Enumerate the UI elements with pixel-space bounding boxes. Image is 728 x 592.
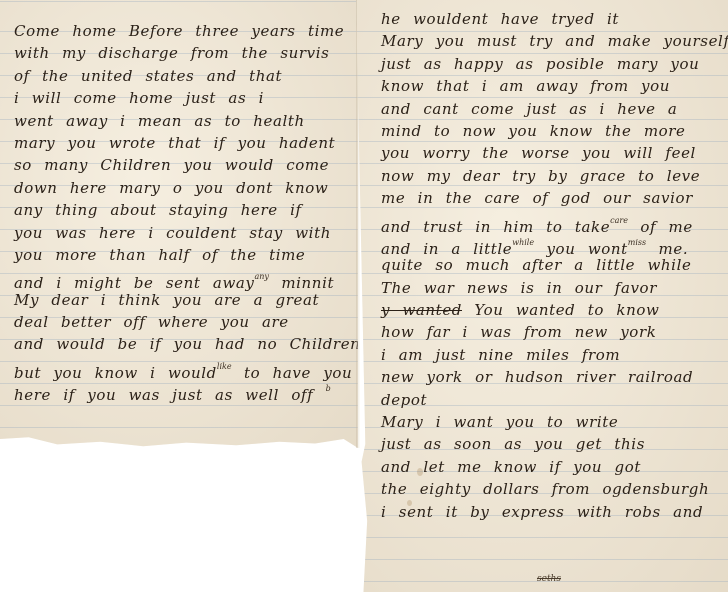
handwritten-line: y wanted You wanted to know — [381, 299, 728, 321]
handwritten-line: you worry the worse you will feel — [381, 142, 728, 164]
struck-text: y wanted — [381, 301, 462, 319]
handwritten-line: quite so much after a little while — [381, 254, 728, 276]
inserted-word: like — [217, 362, 232, 371]
handwritten-line: how far i was from new york — [381, 321, 728, 343]
handwritten-line: i will come home just as i — [14, 87, 360, 109]
ink-stain — [60, 448, 65, 453]
handwritten-line: with my discharge from the survis — [14, 42, 360, 64]
handwritten-line: depot — [381, 389, 728, 411]
handwritten-line: the eighty dollars from ogdensburgh — [381, 478, 728, 500]
handwritten-line: me in the care of god our savior — [381, 187, 728, 209]
handwritten-line: you was here i couldent stay with — [14, 222, 360, 244]
handwritten-line: My dear i think you are a great — [14, 289, 360, 311]
inserted-word: care — [610, 216, 628, 225]
letter-page-right: he wouldent have tryed it Mary you must … — [356, 0, 728, 592]
torn-fragment-mark: b — [326, 384, 331, 393]
line-text: You wanted to know — [474, 301, 659, 319]
handwritten-line: but you know i wouldlike to have you — [14, 356, 360, 378]
ink-stain — [407, 500, 412, 506]
handwritten-line: down here mary o you dont know — [14, 177, 360, 199]
handwritten-line: deal better off where you are — [14, 311, 360, 333]
handwritten-line: just as happy as posible mary you — [381, 53, 728, 75]
letter-page-left: Come home Before three years time with m… — [0, 0, 358, 448]
right-page-text: he wouldent have tryed it Mary you must … — [381, 8, 728, 523]
handwritten-line: i am just nine miles from — [381, 344, 728, 366]
inserted-word: any — [255, 272, 269, 281]
handwritten-line: mary you wrote that if you hadent — [14, 132, 360, 154]
handwritten-line: Mary you must try and make yourself — [381, 30, 728, 52]
handwritten-line: and would be if you had no Children — [14, 333, 360, 355]
handwritten-line: and trust in him to takecare of me — [381, 210, 728, 232]
handwritten-line: and cant come just as i heve a — [381, 98, 728, 120]
handwritten-line: i sent it by express with robs and — [381, 501, 728, 523]
handwritten-line: The war news is in our favor — [381, 277, 728, 299]
handwritten-line: new york or hudson river railroad — [381, 366, 728, 388]
struck-annotation: seths — [537, 574, 561, 584]
handwritten-line: Come home Before three years time — [14, 20, 360, 42]
handwritten-line: and let me know if you got — [381, 456, 728, 478]
handwritten-line: so many Children you would come — [14, 154, 360, 176]
handwritten-line: any thing about staying here if — [14, 199, 360, 221]
handwritten-line: mind to now you know the more — [381, 120, 728, 142]
handwritten-line: and i might be sent awayany minnit — [14, 266, 360, 288]
handwritten-line: you more than half of the time — [14, 244, 360, 266]
handwritten-line: of the united states and that — [14, 65, 360, 87]
ink-stain — [417, 468, 423, 476]
handwritten-line: Mary i want you to write — [381, 411, 728, 433]
inserted-word: miss — [628, 238, 646, 247]
handwritten-line: went away i mean as to health — [14, 110, 360, 132]
inserted-word: while — [512, 238, 534, 247]
handwritten-line: and in a littlewhile you wontmiss me. — [381, 232, 728, 254]
line-text: here if you was just as well off — [14, 386, 313, 404]
handwritten-line: now my dear try by grace to leve — [381, 165, 728, 187]
handwritten-line: here if you was just as well off b — [14, 378, 360, 400]
handwritten-line: he wouldent have tryed it — [381, 8, 728, 30]
handwritten-line: know that i am away from you — [381, 75, 728, 97]
handwritten-line: just as soon as you get this — [381, 433, 728, 455]
left-page-text: Come home Before three years time with m… — [14, 20, 360, 401]
